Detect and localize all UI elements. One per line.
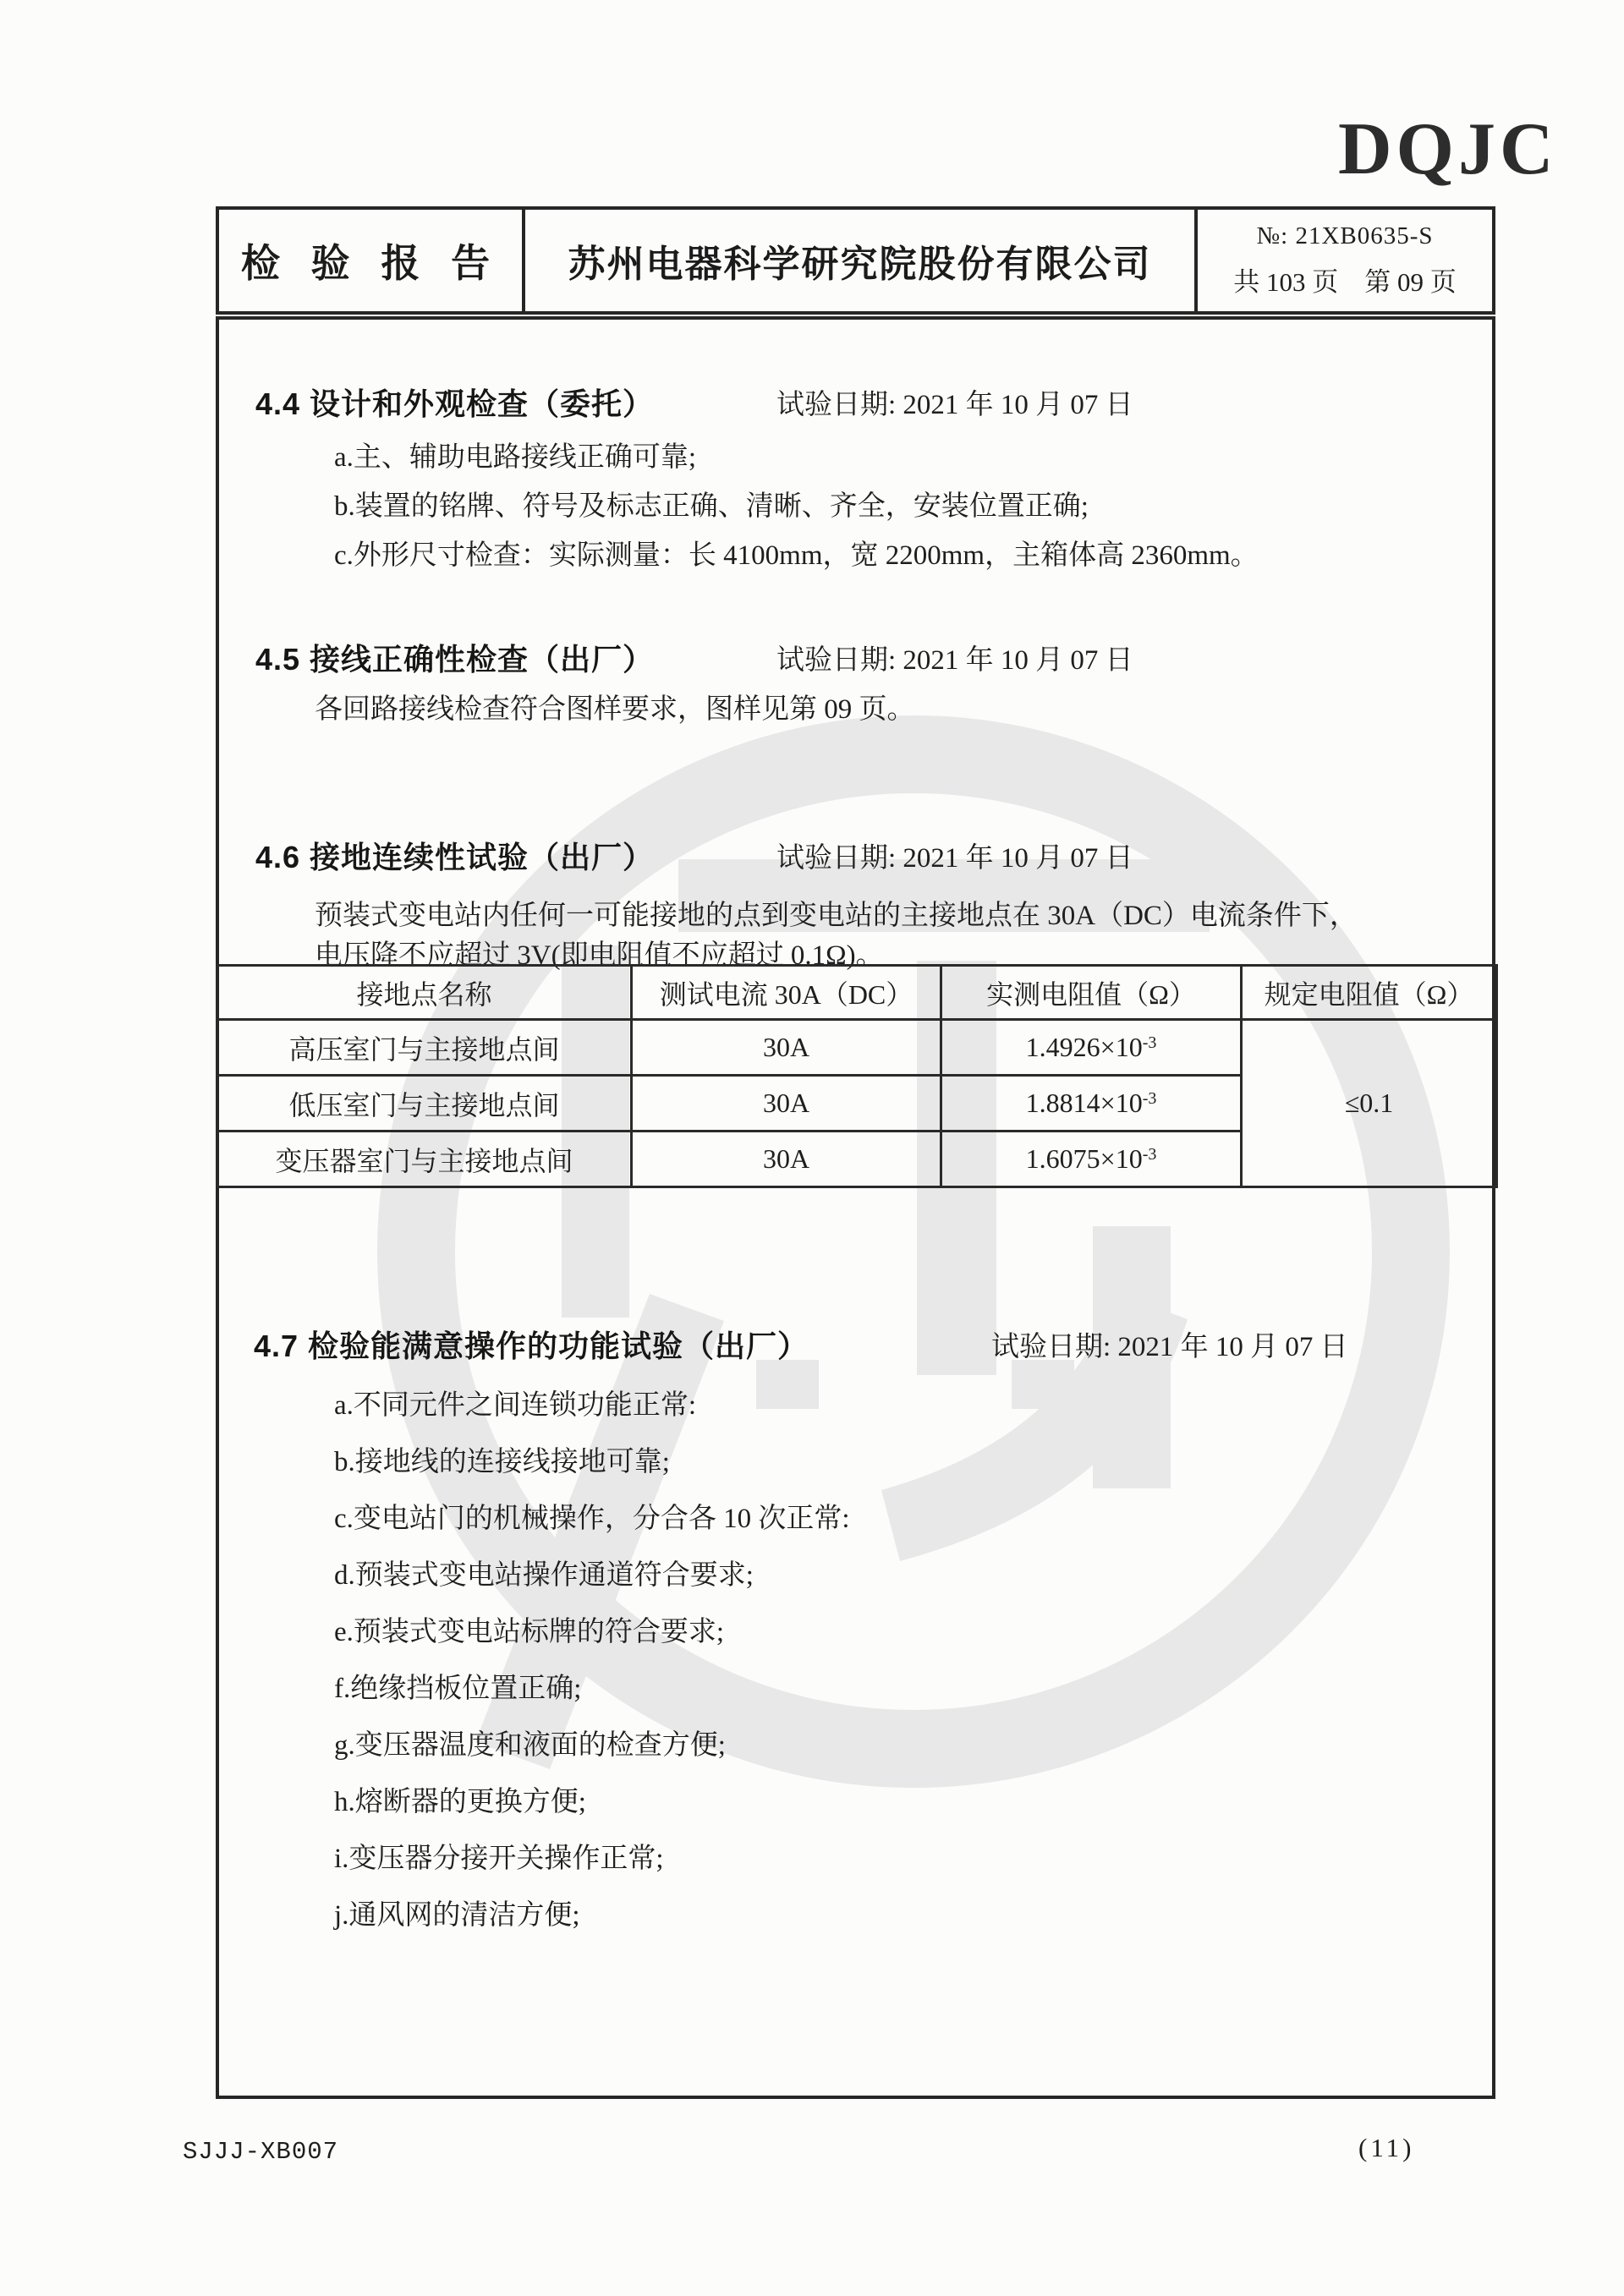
report-page: DQJC 检 验 报 告 苏州电器科学研究院股份有限公司 №: 21XB0635…	[0, 0, 1624, 2296]
section-4-7-item-g: g.变压器温度和液面的检查方便;	[334, 1723, 726, 1762]
value-exponent: -3	[1143, 1089, 1157, 1108]
section-4-7-item-e: e.预装式变电站标牌的符合要求;	[334, 1609, 724, 1649]
section-4-5-body: 各回路接线检查符合图样要求，图样见第 09 页。	[315, 687, 915, 726]
footer-page-number: (11)	[1358, 2133, 1415, 2163]
section-4-4-title: 4.4 设计和外观检查（委托）	[255, 381, 654, 424]
company-name: 苏州电器科学研究院股份有限公司	[522, 210, 1194, 311]
section-4-4-date: 试验日期: 2021 年 10 月 07 日	[776, 382, 1133, 422]
cell-measured-value: 1.4926×10-3	[941, 1020, 1242, 1076]
section-4-7-item-f: f.绝缘挡板位置正确;	[334, 1666, 581, 1706]
value-exponent: -3	[1143, 1033, 1157, 1052]
section-4-5-date: 试验日期: 2021 年 10 月 07 日	[776, 638, 1133, 677]
grounding-test-table: 接地点名称 测试电流 30A（DC） 实测电阻值（Ω） 规定电阻值（Ω） 高压室…	[216, 964, 1498, 1188]
column-header-specified-resistance: 规定电阻值（Ω）	[1242, 966, 1497, 1020]
cell-point-name: 变压器室门与主接地点间	[217, 1132, 632, 1187]
value-base: 1.4926×10	[1026, 1032, 1143, 1062]
section-4-4-item-b: b.装置的铭牌、符号及标志正确、清晰、齐全，安装位置正确;	[334, 484, 1089, 523]
section-4-7-date: 试验日期: 2021 年 10 月 07 日	[991, 1324, 1348, 1364]
report-number: №: 21XB0635-S	[1256, 222, 1433, 250]
report-meta-cell: №: 21XB0635-S 共 103 页 第 09 页	[1194, 210, 1492, 311]
cell-point-name: 高压室门与主接地点间	[217, 1020, 632, 1076]
value-base: 1.8814×10	[1026, 1088, 1143, 1118]
content-border-box	[216, 316, 1495, 2099]
column-header-point-name: 接地点名称	[217, 966, 632, 1020]
value-base: 1.6075×10	[1026, 1143, 1143, 1174]
cell-point-name: 低压室门与主接地点间	[217, 1076, 632, 1132]
section-4-7-item-i: i.变压器分接开关操作正常;	[334, 1836, 664, 1876]
section-4-7-item-h: h.熔断器的更换方便;	[334, 1779, 586, 1819]
column-header-test-current: 测试电流 30A（DC）	[632, 966, 941, 1020]
cell-measured-value: 1.6075×10-3	[941, 1132, 1242, 1187]
section-4-4-item-a: a.主、辅助电路接线正确可靠;	[334, 435, 696, 474]
report-header-table: 检 验 报 告 苏州电器科学研究院股份有限公司 №: 21XB0635-S 共 …	[216, 206, 1495, 315]
section-4-5-title: 4.5 接线正确性检查（出厂）	[255, 636, 654, 679]
cell-measured-value: 1.8814×10-3	[941, 1076, 1242, 1132]
section-4-7-title: 4.7 检验能满意操作的功能试验（出厂）	[254, 1323, 809, 1366]
section-4-4-item-c: c.外形尺寸检查：实际测量：长 4100mm，宽 2200mm，主箱体高 236…	[334, 533, 1259, 573]
form-code: SJJJ-XB007	[183, 2138, 338, 2166]
section-4-7-item-a: a.不同元件之间连锁功能正常:	[334, 1383, 696, 1422]
section-4-6-title: 4.6 接地连续性试验（出厂）	[255, 834, 654, 877]
section-4-7-item-j: j.通风网的清洁方便;	[334, 1893, 580, 1932]
section-4-7-item-d: d.预装式变电站操作通道符合要求;	[334, 1553, 754, 1592]
section-4-6-date: 试验日期: 2021 年 10 月 07 日	[776, 836, 1133, 875]
table-row: 高压室门与主接地点间 30A 1.4926×10-3 ≤0.1	[217, 1020, 1497, 1076]
section-4-7-item-b: b.接地线的连接线接地可靠;	[334, 1439, 670, 1479]
section-4-6-paragraph-line1: 预装式变电站内任何一可能接地的点到变电站的主接地点在 30A（DC）电流条件下，	[315, 893, 1358, 933]
cell-test-current: 30A	[632, 1076, 941, 1132]
value-exponent: -3	[1143, 1145, 1157, 1164]
cell-spec-value: ≤0.1	[1242, 1020, 1497, 1187]
dqjc-logotype: DQJC	[1338, 107, 1558, 192]
report-title: 检 验 报 告	[219, 210, 522, 311]
column-header-measured-resistance: 实测电阻值（Ω）	[941, 966, 1242, 1020]
page-count: 共 103 页 第 09 页	[1233, 260, 1457, 299]
section-4-7-item-c: c.变电站门的机械操作，分合各 10 次正常:	[334, 1496, 850, 1536]
cell-test-current: 30A	[632, 1020, 941, 1076]
cell-test-current: 30A	[632, 1132, 941, 1187]
table-header-row: 接地点名称 测试电流 30A（DC） 实测电阻值（Ω） 规定电阻值（Ω）	[217, 966, 1497, 1020]
